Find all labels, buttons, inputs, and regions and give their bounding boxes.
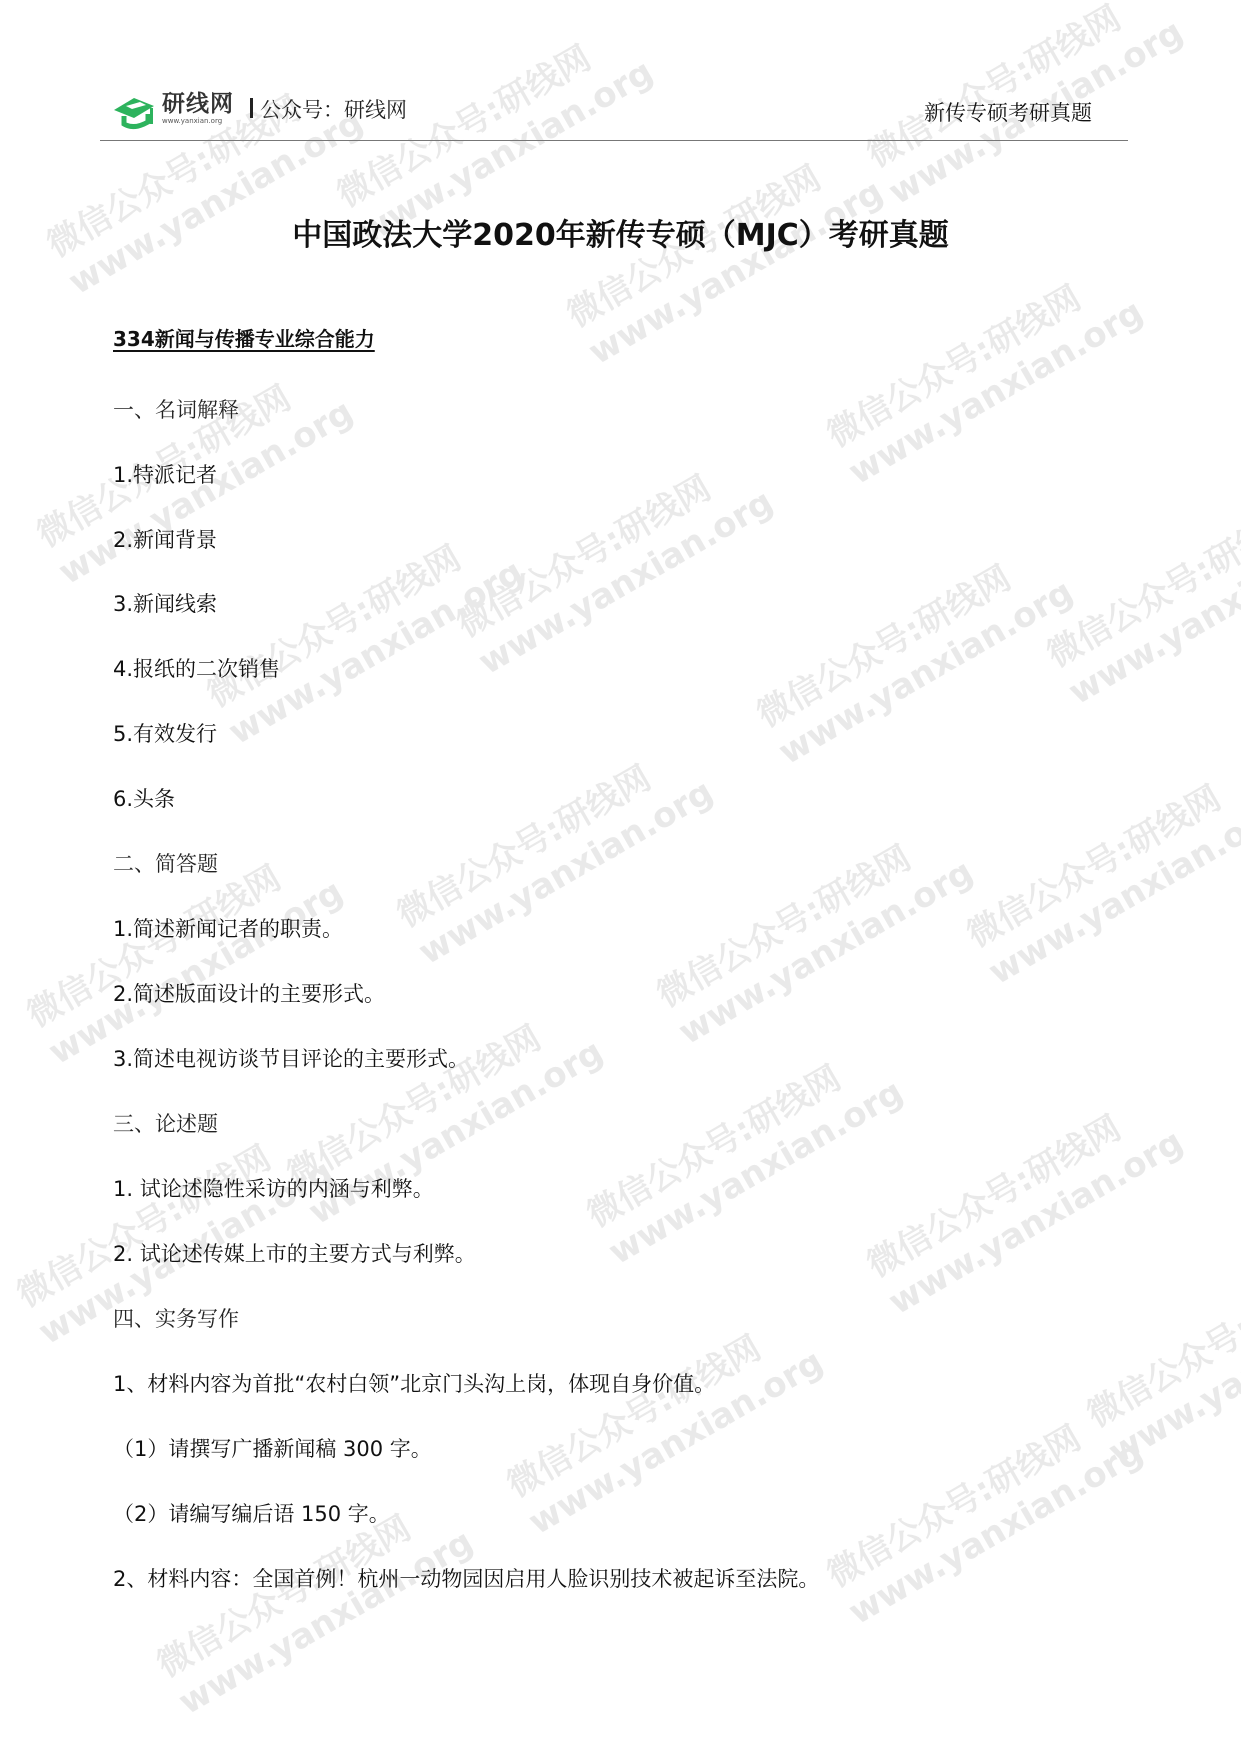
question-item: 2. 试论述传媒上市的主要方式与利弊。	[113, 1238, 476, 1268]
logo: 研线网 www.yanxian.org	[112, 92, 234, 132]
question-item: 5.有效发行	[113, 718, 217, 748]
logo-name: 研线网	[162, 92, 234, 116]
question-item: 2.新闻背景	[113, 524, 217, 554]
watermark: 微信公众号:研线网www.yanxian.org	[820, 254, 1150, 494]
watermark: 微信公众号:研线网www.yanxian.org	[750, 534, 1080, 774]
question-item: 3.新闻线索	[113, 588, 217, 618]
question-item: 3.简述电视访谈节目评论的主要形式。	[113, 1043, 469, 1073]
section-heading: 二、简答题	[113, 848, 218, 878]
header-divider	[250, 98, 253, 118]
wechat-account: 公众号：研线网	[260, 94, 407, 124]
sub-question-item: （1）请撰写广播新闻稿 300 字。	[113, 1433, 432, 1463]
sub-question-item: （2）请编写编后语 150 字。	[113, 1498, 390, 1528]
question-item: 1. 试论述隐性采访的内涵与利弊。	[113, 1173, 434, 1203]
watermark: 微信公众号:研线网www.yanxian.org	[450, 444, 780, 684]
section-heading: 四、实务写作	[113, 1303, 239, 1333]
watermark: 微信公众号:研线网www.yanxian.org	[650, 814, 980, 1054]
watermark: 微信公众号:研线网www.yanxian.org	[580, 1034, 910, 1274]
question-item: 1.特派记者	[113, 459, 217, 489]
watermark: 微信公众号:研线网www.yanxian.org	[1040, 474, 1241, 714]
header-doc-type: 新传专硕考研真题	[924, 97, 1092, 127]
watermark: 微信公众号:研线网www.yanxian.org	[860, 1084, 1190, 1324]
watermark: 微信公众号:研线网www.yanxian.org	[200, 514, 530, 754]
watermark: 微信公众号:研线网www.yanxian.org	[960, 754, 1241, 994]
question-item: 2、材料内容：全国首例！杭州一动物园因启用人脸识别技术被起诉至法院。	[113, 1563, 819, 1593]
question-item: 4.报纸的二次销售	[113, 653, 280, 683]
watermark: 微信公众号:研线网www.yanxian.org	[390, 734, 720, 974]
page-header: 研线网 www.yanxian.org 公众号：研线网 新传专硕考研真题	[112, 88, 1128, 140]
header-rule	[100, 140, 1128, 141]
question-item: 6.头条	[113, 783, 175, 813]
logo-url: www.yanxian.org	[162, 117, 234, 126]
question-item: 2.简述版面设计的主要形式。	[113, 978, 385, 1008]
section-heading: 三、论述题	[113, 1108, 218, 1138]
question-item: 1、材料内容为首批“农村白领”北京门头沟上岗，体现自身价值。	[113, 1368, 715, 1398]
watermark: 微信公众号:研线网www.yanxian.org	[500, 1304, 830, 1544]
subject-heading: 334新闻与传播专业综合能力	[113, 323, 375, 352]
section-heading: 一、名词解释	[113, 394, 239, 424]
watermark: 微信公众号:研线网www.yanxian.org	[820, 1394, 1150, 1634]
question-item: 1.简述新闻记者的职责。	[113, 913, 343, 943]
graduation-cap-icon	[112, 92, 158, 132]
document-title: 中国政法大学2020年新传专硕（MJC）考研真题	[0, 210, 1241, 254]
watermark: 微信公众号:研线网www.yanxian.org	[1080, 1234, 1241, 1474]
